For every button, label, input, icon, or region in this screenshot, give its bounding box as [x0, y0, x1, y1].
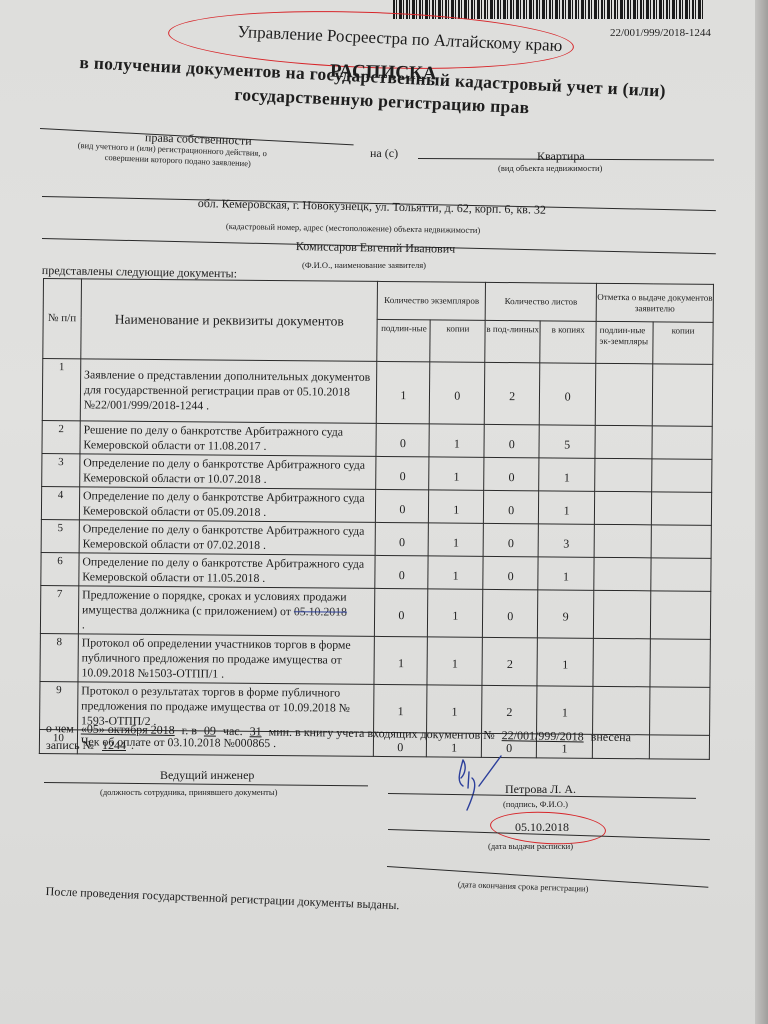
issued-originals — [594, 524, 651, 557]
table-row: 1Заявление о представлении дополнительны… — [42, 359, 713, 427]
row-number: 2 — [42, 420, 80, 453]
header-sheets-group: Количество листов — [485, 282, 596, 321]
document-name: Определение по делу о банкротстве Арбитр… — [80, 454, 377, 490]
sheets-in-copies: 1 — [537, 686, 593, 734]
originals-count: 0 — [375, 555, 428, 588]
issued-originals — [595, 363, 652, 425]
row-number: 8 — [40, 633, 78, 681]
document-name: Определение по делу о банкротстве Арбитр… — [79, 487, 376, 523]
originals-count: 0 — [375, 588, 428, 636]
sheets-in-copies: 5 — [539, 425, 595, 458]
sheets-in-copies: 1 — [539, 491, 595, 524]
row-number: 7 — [40, 585, 78, 633]
header-issued-originals: подлин-ные эк-земпляры — [596, 321, 653, 363]
entry-label: запись № — [46, 738, 94, 752]
issued-copies — [650, 639, 710, 688]
document-name: Протокол об определении участников торго… — [78, 634, 375, 685]
issued-originals — [594, 557, 651, 590]
applicant-caption: (Ф.И.О., наименование заявителя) — [302, 260, 426, 270]
entry-number: 1244 — [97, 738, 131, 752]
issued-copies — [649, 735, 709, 760]
header-originals: подлин-ные — [377, 319, 430, 361]
position-caption: (должность сотрудника, принявшего докуме… — [100, 787, 277, 797]
originals-count: 1 — [377, 361, 430, 423]
issued-copies — [652, 426, 712, 460]
issued-originals — [593, 590, 650, 638]
issued-originals — [595, 458, 652, 491]
document-name: Заявление о представлении дополнительных… — [80, 359, 377, 424]
issued-copies — [650, 687, 710, 736]
receipt-hour-label: час. — [223, 724, 243, 738]
signer-caption: (подпись, Ф.И.О.) — [503, 799, 568, 809]
header-in-originals: в под-линных — [485, 320, 540, 362]
header-copies: копии — [430, 320, 485, 362]
header-name: Наименование и реквизиты документов — [81, 279, 378, 362]
sheets-in-originals: 2 — [484, 362, 539, 424]
sheets-in-originals: 2 — [482, 685, 537, 733]
sheets-in-originals: 2 — [482, 637, 537, 685]
document-name: Определение по делу о банкротстве Арбитр… — [79, 520, 376, 556]
sheets-in-originals: 0 — [484, 424, 539, 457]
issued-originals — [595, 425, 652, 458]
document-name: Предложение о порядке, сроках и условиях… — [78, 586, 375, 637]
copies-count: 1 — [429, 457, 484, 490]
registration-number: 22/001/999/2018-1244 — [610, 27, 711, 39]
sheets-in-copies: 1 — [538, 557, 594, 590]
applicant-value: Комиссаров Евгений Иванович — [296, 239, 456, 257]
receipt-prefix: о чем — [46, 721, 74, 735]
sheets-in-copies: 1 — [539, 458, 595, 491]
address-value: обл. Кемеровская, г. Новокузнецк, ул. То… — [198, 196, 546, 218]
header-copies-group: Количество экземпляров — [378, 281, 486, 320]
issued-copies — [651, 492, 711, 526]
documents-table: № п/п Наименование и реквизиты документо… — [39, 278, 714, 760]
document-name-tail: . — [82, 617, 372, 635]
sheets-in-originals: 0 — [484, 457, 539, 490]
row-number: 1 — [42, 359, 80, 421]
address-caption: (кадастровый номер, адрес (местоположени… — [226, 221, 480, 235]
row-number: 4 — [41, 486, 79, 519]
position-value: Ведущий инженер — [160, 768, 254, 783]
issued-copies — [651, 558, 711, 592]
row-number: 6 — [41, 552, 79, 585]
handwritten-signature — [455, 752, 505, 822]
table-row: 8Протокол об определении участников торг… — [40, 633, 710, 687]
on-label: на (с) — [370, 146, 398, 161]
table-row: 7Предложение о порядке, сроках и условия… — [40, 585, 710, 639]
document-page: 22/001/999/2018-1244 Управление Росреест… — [0, 0, 755, 1024]
issued-copies — [652, 459, 712, 493]
sheets-in-copies: 3 — [538, 524, 594, 557]
issued-copies — [651, 525, 711, 559]
object-value: Квартира — [537, 149, 585, 164]
sheets-in-originals: 0 — [483, 589, 538, 637]
row-number: 5 — [41, 519, 79, 552]
copies-count: 1 — [429, 424, 484, 457]
issued-copies — [650, 591, 710, 640]
issue-date-caption: (дата выдачи расписки) — [488, 841, 573, 851]
issued-originals — [593, 686, 650, 734]
document-name: Решение по делу о банкротстве Арбитражно… — [80, 421, 377, 457]
document-name: Определение по делу о банкротстве Арбитр… — [79, 553, 376, 589]
sheets-in-copies: 0 — [539, 363, 595, 425]
originals-count: 0 — [375, 522, 428, 555]
header-in-copies: в копиях — [540, 321, 596, 363]
copies-count: 1 — [428, 523, 483, 556]
receipt-date: «05» октября 2018 — [77, 721, 179, 737]
copies-count: 0 — [430, 362, 485, 424]
sheets-in-copies: 9 — [538, 590, 594, 638]
receipt-minute-label: мин. в книгу учета входящих документов № — [269, 724, 495, 742]
originals-count: 0 — [376, 456, 429, 489]
copies-count: 1 — [427, 637, 482, 685]
object-caption: (вид объекта недвижимости) — [498, 163, 602, 173]
row-number: 3 — [42, 453, 80, 486]
receipt-entered: внесена — [591, 730, 631, 745]
header-num: № п/п — [43, 279, 82, 359]
issued-copies — [652, 364, 712, 427]
header-issued-copies: копии — [653, 322, 713, 365]
originals-count: 0 — [376, 423, 429, 456]
originals-count: 0 — [376, 489, 429, 522]
receipt-minute: 31 — [246, 724, 266, 738]
sheets-in-copies: 1 — [537, 638, 593, 686]
struck-date: 05.10.2018 — [294, 604, 347, 618]
copies-count: 1 — [428, 589, 483, 637]
copies-count: 1 — [428, 556, 483, 589]
entry-suffix: . — [131, 738, 134, 752]
sheets-in-originals: 0 — [484, 490, 539, 523]
position-underline — [44, 782, 368, 787]
page-edge-shadow — [755, 0, 768, 1024]
receipt-hour: 09 — [200, 723, 220, 737]
sheets-in-originals: 0 — [483, 523, 538, 556]
copies-count: 1 — [427, 685, 482, 733]
receipt-year-suffix: г. в — [182, 723, 197, 737]
originals-count: 1 — [374, 636, 427, 684]
receipt-book-number: 22/001/999/2018 — [498, 728, 588, 743]
issued-originals — [594, 491, 651, 524]
entry-line: запись № 1244. — [46, 738, 134, 753]
copies-count: 1 — [429, 490, 484, 523]
footer-note: После проведения государственной регистр… — [45, 884, 399, 913]
sheets-in-originals: 0 — [483, 556, 538, 589]
header-issue-group: Отметка о выдаче документов заявителю — [596, 283, 713, 322]
end-date-caption: (дата окончания срока регистрации) — [458, 879, 589, 894]
issued-originals — [593, 638, 650, 686]
